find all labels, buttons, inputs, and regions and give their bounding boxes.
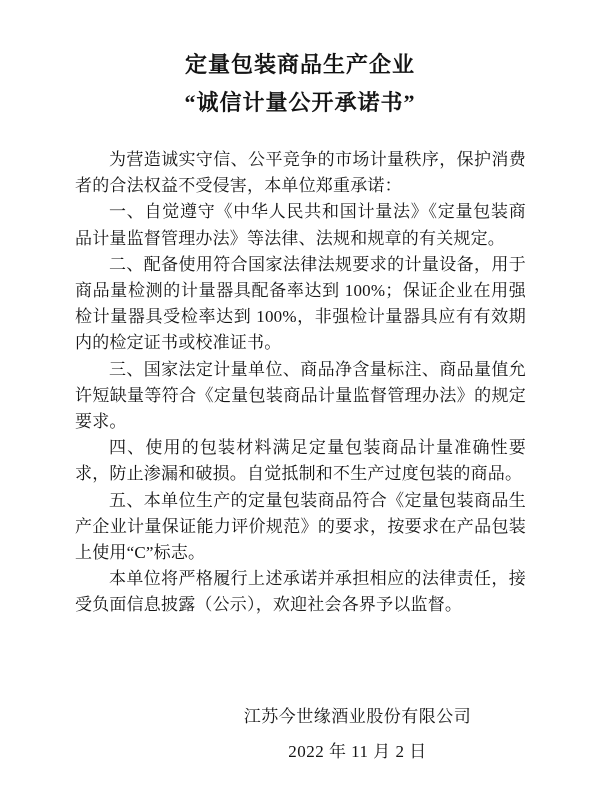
- title-line-2: “诚信计量公开承诺书”: [0, 84, 600, 122]
- signature-company: 江苏今世缘酒业股份有限公司: [115, 699, 600, 734]
- commitment-item-3: 三、国家法定计量单位、商品净含量标注、商品量值允许短缺量等符合《定量包装商品计量…: [75, 357, 526, 436]
- commitment-item-5: 五、本单位生产的定量包装商品符合《定量包装商品生产企业计量保证能力评价规范》的要…: [75, 488, 526, 567]
- commitment-item-1: 一、自觉遵守《中华人民共和国计量法》《定量包装商品计量监督管理办法》等法律、法规…: [75, 199, 526, 251]
- signature-date: 2022 年 11 月 2 日: [115, 734, 600, 769]
- commitment-item-4: 四、使用的包装材料满足定量包装商品计量准确性要求，防止渗漏和破损。自觉抵制和不生…: [75, 435, 526, 487]
- commitment-item-2: 二、配备使用符合国家法律法规要求的计量设备，用于商品量检测的计量器具配备率达到 …: [75, 252, 526, 357]
- closing-paragraph: 本单位将严格履行上述承诺并承担相应的法律责任，接受负面信息披露（公示），欢迎社会…: [75, 566, 526, 618]
- title-line-1: 定量包装商品生产企业: [0, 46, 600, 84]
- signature-block: 江苏今世缘酒业股份有限公司 2022 年 11 月 2 日: [0, 699, 600, 769]
- document-body: 为营造诚实守信、公平竞争的市场计量秩序，保护消费者的合法权益不受侵害，本单位郑重…: [75, 147, 526, 619]
- intro-paragraph: 为营造诚实守信、公平竞争的市场计量秩序，保护消费者的合法权益不受侵害，本单位郑重…: [75, 147, 526, 199]
- document-page: 定量包装商品生产企业 “诚信计量公开承诺书” 为营造诚实守信、公平竞争的市场计量…: [0, 0, 600, 803]
- document-title: 定量包装商品生产企业 “诚信计量公开承诺书”: [0, 46, 600, 122]
